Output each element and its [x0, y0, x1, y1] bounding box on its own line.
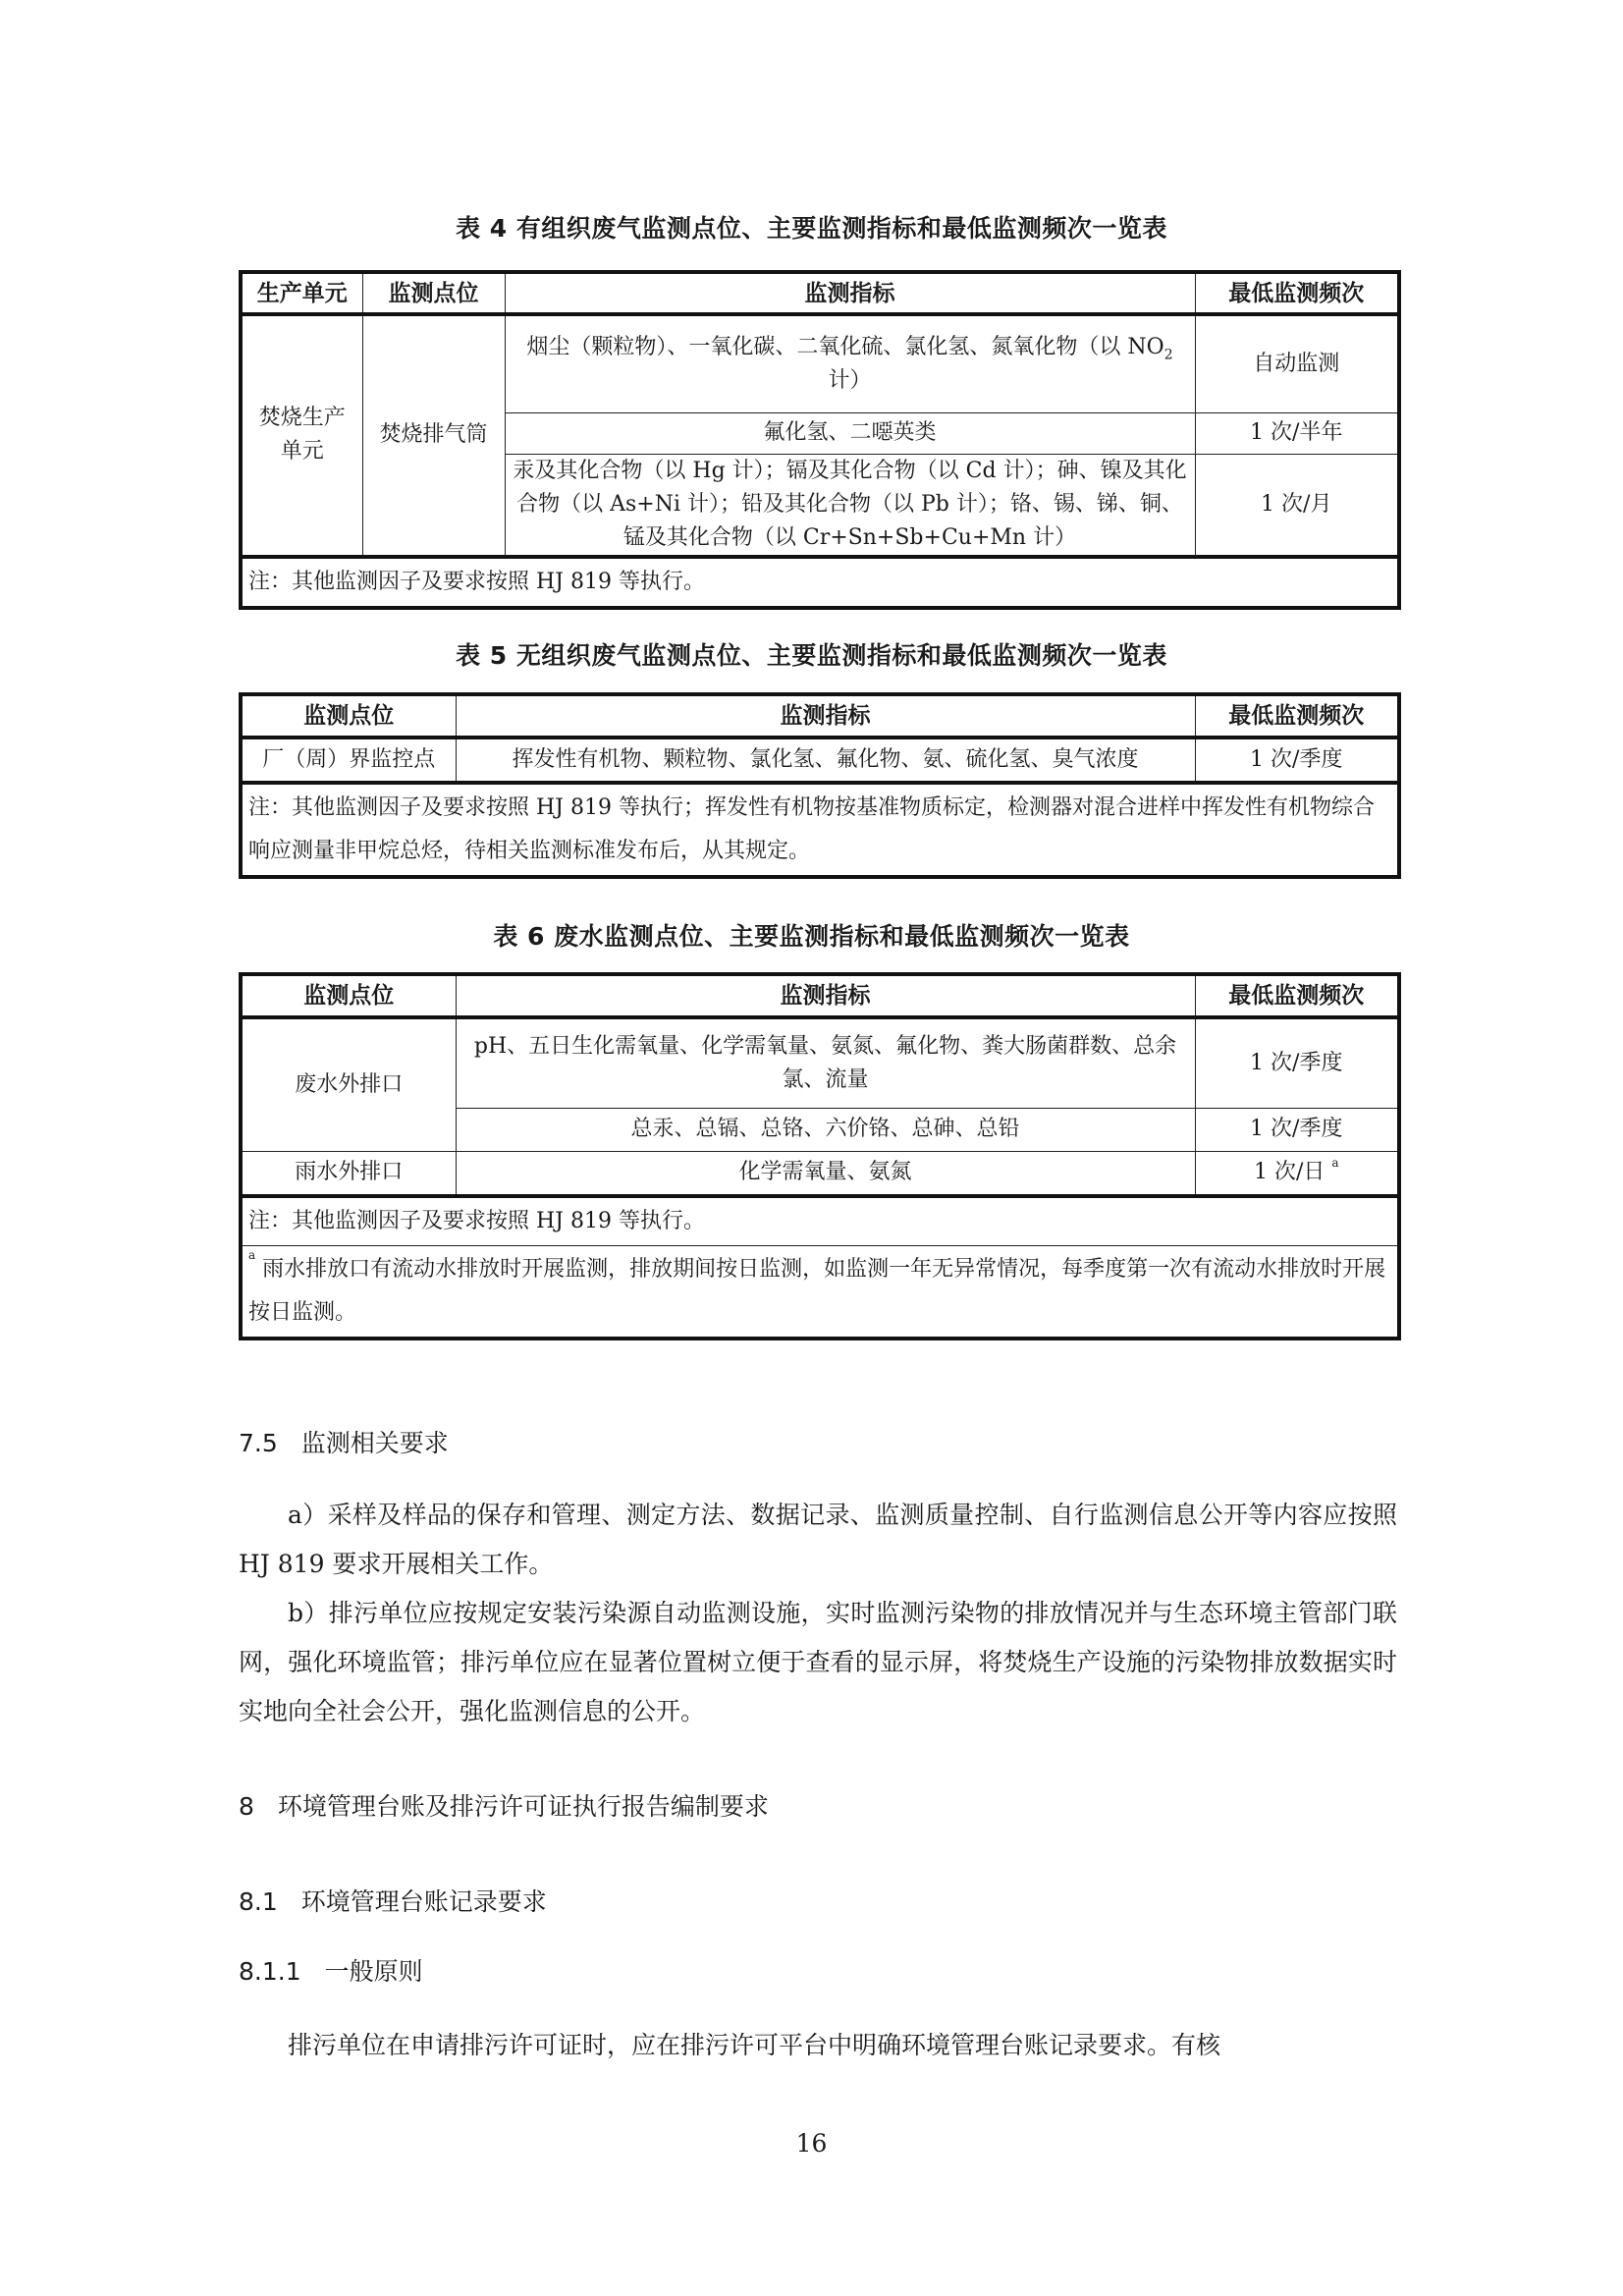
table5-header-point: 监测点位	[241, 694, 456, 738]
table4-frequency-cell: 1 次/月	[1195, 454, 1399, 557]
footnote-marker: a	[1331, 1156, 1338, 1170]
indicator-text: 烟尘（颗粒物）、一氧化碳、二氧化硫、氯化氢、氮氧化物（以 NO	[526, 335, 1163, 359]
section-title: 环境管理台账记录要求	[301, 1887, 547, 1916]
table5-caption: 表 5 无组织废气监测点位、主要监测指标和最低监测频次一览表	[0, 636, 1623, 672]
table4-indicator-cell: 汞及其化合物（以 Hg 计）；镉及其化合物（以 Cd 计）；砷、镍及其化合物（以…	[505, 454, 1195, 557]
table6-point-cell: 废水外排口	[241, 1017, 456, 1151]
table4-unit-cell: 焚烧生产单元	[241, 314, 362, 557]
table4-header-point: 监测点位	[362, 272, 505, 314]
table6-note: 注：其他监测因子及要求按照 HJ 819 等执行。	[241, 1196, 1399, 1246]
section-title: 环境管理台账及排污许可证执行报告编制要求	[278, 1792, 769, 1821]
table4: 生产单元 监测点位 监测指标 最低监测频次 焚烧生产单元 焚烧排气筒 烟尘（颗粒…	[239, 270, 1401, 610]
table6-frequency-cell: 1 次/季度	[1195, 1108, 1399, 1151]
section-7-5-heading: 7.5监测相关要求	[239, 1424, 449, 1459]
table6-indicator-cell: pH、五日生化需氧量、化学需氧量、氨氮、氟化物、粪大肠菌群数、总余氯、流量	[456, 1017, 1195, 1108]
section-number: 8	[239, 1792, 254, 1821]
section-7-5-para-b: b）排污单位应按规定安装污染源自动监测设施，实时监测污染物的排放情况并与生态环境…	[239, 1589, 1397, 1736]
section-number: 8.1	[239, 1887, 278, 1916]
table4-frequency-cell: 自动监测	[1195, 314, 1399, 412]
section-title: 一般原则	[325, 1957, 423, 1986]
table4-header-unit: 生产单元	[241, 272, 362, 314]
table6: 监测点位 监测指标 最低监测频次 废水外排口 pH、五日生化需氧量、化学需氧量、…	[239, 972, 1401, 1340]
table6-point-cell: 雨水外排口	[241, 1151, 456, 1196]
subscript: 2	[1164, 347, 1173, 362]
indicator-tail: 计）	[828, 368, 871, 393]
section-8-heading: 8环境管理台账及排污许可证执行报告编制要求	[239, 1787, 769, 1823]
table6-frequency-cell: 1 次/日 a	[1195, 1151, 1399, 1196]
page-number: 16	[0, 2129, 1623, 2158]
table5: 监测点位 监测指标 最低监测频次 厂（周）界监控点 挥发性有机物、颗粒物、氯化氢…	[239, 692, 1401, 879]
section-8-1-heading: 8.1环境管理台账记录要求	[239, 1883, 547, 1918]
table6-caption: 表 6 废水监测点位、主要监测指标和最低监测频次一览表	[0, 917, 1623, 953]
table4-indicator-cell: 氟化氢、二噁英类	[505, 412, 1195, 454]
footnote-text: 雨水排放口有流动水排放时开展监测，排放期间按日监测，如监测一年无异常情况，每季度…	[248, 1257, 1385, 1325]
table4-indicator-cell: 烟尘（颗粒物）、一氧化碳、二氧化硫、氯化氢、氮氧化物（以 NO2计）	[505, 314, 1195, 412]
section-title: 监测相关要求	[301, 1429, 449, 1457]
table4-frequency-cell: 1 次/半年	[1195, 412, 1399, 454]
section-number: 8.1.1	[239, 1957, 301, 1986]
table4-note: 注：其他监测因子及要求按照 HJ 819 等执行。	[241, 557, 1399, 608]
table6-indicator-cell: 总汞、总镉、总铬、六价铬、总砷、总铅	[456, 1108, 1195, 1151]
table6-footnote: a 雨水排放口有流动水排放时开展监测，排放期间按日监测，如监测一年无异常情况，每…	[241, 1246, 1399, 1339]
section-8-1-1-heading: 8.1.1一般原则	[239, 1952, 423, 1988]
frequency-text: 1 次/日	[1254, 1160, 1325, 1184]
table6-indicator-cell: 化学需氧量、氨氮	[456, 1151, 1195, 1196]
table4-header-indicator: 监测指标	[505, 272, 1195, 314]
section-7-5-para-a: a）采样及样品的保存和管理、测定方法、数据记录、监测质量控制、自行监测信息公开等…	[239, 1491, 1397, 1589]
table4-header-frequency: 最低监测频次	[1195, 272, 1399, 314]
table5-frequency-cell: 1 次/季度	[1195, 738, 1399, 783]
table6-frequency-cell: 1 次/季度	[1195, 1017, 1399, 1108]
table5-note: 注：其他监测因子及要求按照 HJ 819 等执行；挥发性有机物按基准物质标定，检…	[241, 783, 1399, 877]
table4-point-cell: 焚烧排气筒	[362, 314, 505, 557]
table5-header-frequency: 最低监测频次	[1195, 694, 1399, 738]
section-number: 7.5	[239, 1429, 278, 1457]
table6-header-indicator: 监测指标	[456, 974, 1195, 1017]
table5-header-indicator: 监测指标	[456, 694, 1195, 738]
table6-header-frequency: 最低监测频次	[1195, 974, 1399, 1017]
table6-header-point: 监测点位	[241, 974, 456, 1017]
table5-indicator-cell: 挥发性有机物、颗粒物、氯化氢、氟化物、氨、硫化氢、臭气浓度	[456, 738, 1195, 783]
table5-point-cell: 厂（周）界监控点	[241, 738, 456, 783]
table4-caption: 表 4 有组织废气监测点位、主要监测指标和最低监测频次一览表	[0, 209, 1623, 245]
section-8-1-1-para: 排污单位在申请排污许可证时，应在排污许可平台中明确环境管理台账记录要求。有核	[239, 2021, 1397, 2070]
